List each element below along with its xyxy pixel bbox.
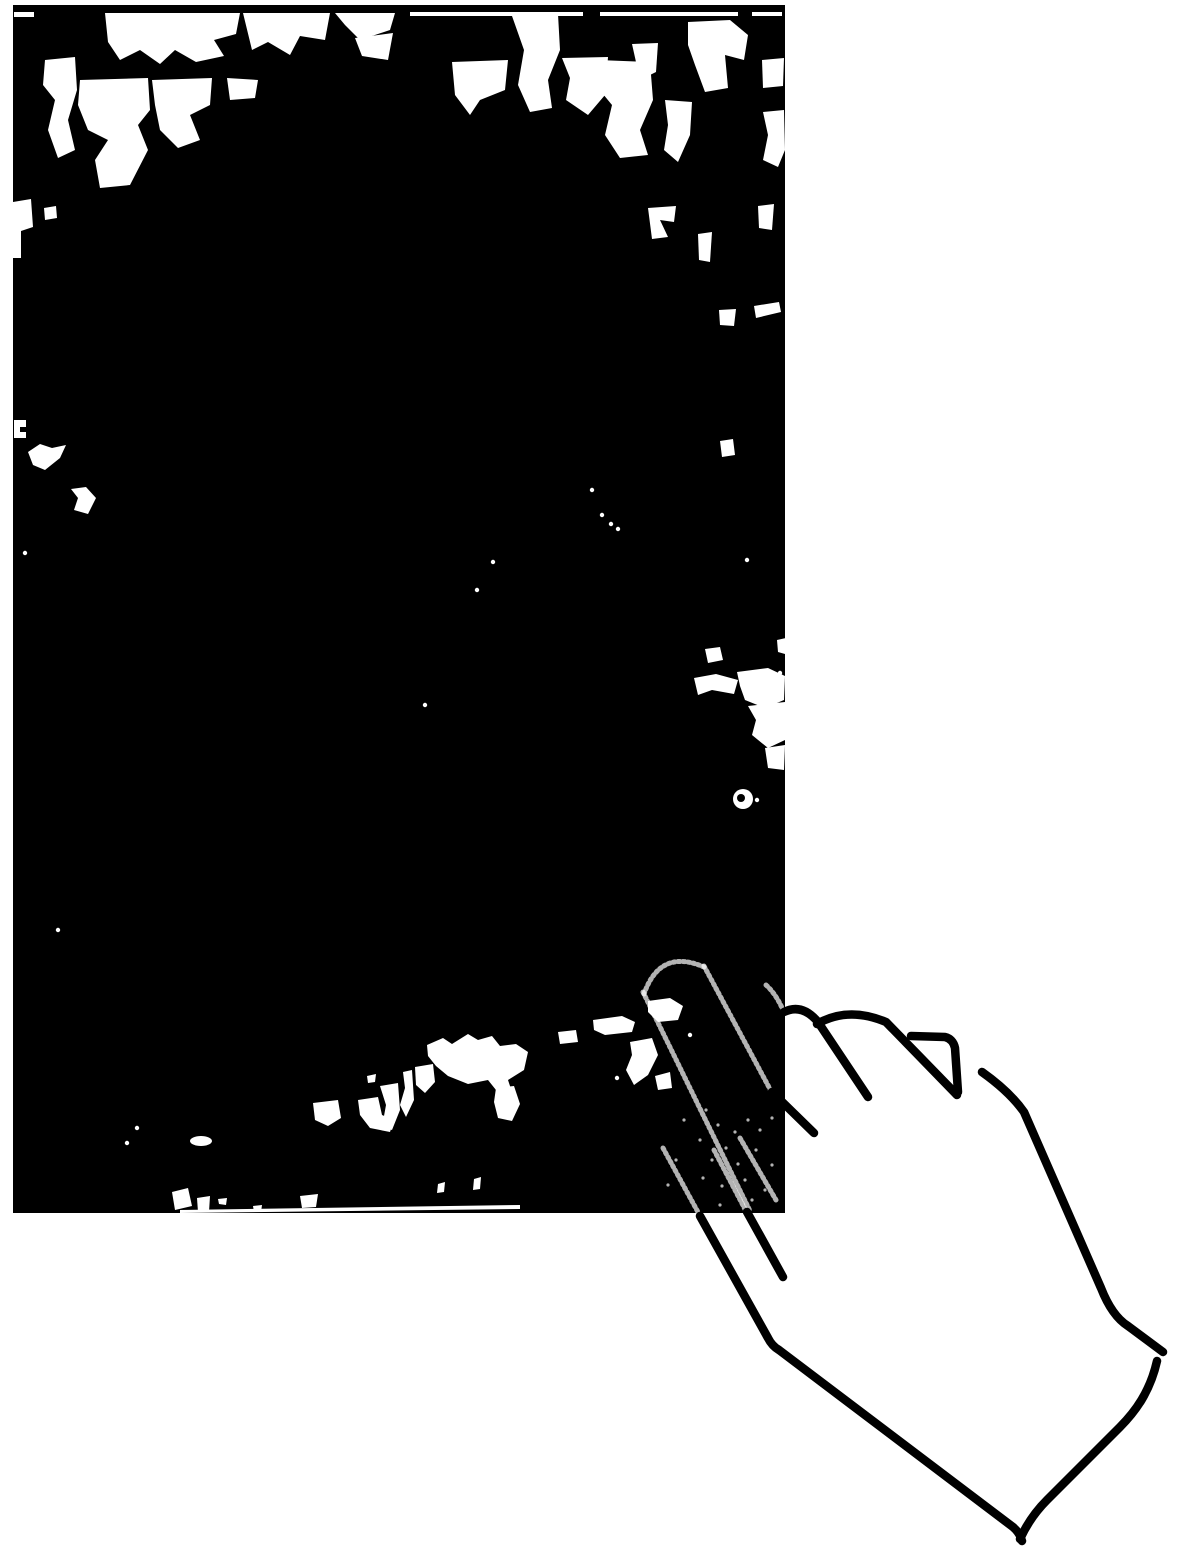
highlight-blob: [698, 232, 712, 262]
dither-dot: [733, 1130, 736, 1133]
dither-dot: [743, 1178, 746, 1181]
highlight-speck: [423, 703, 427, 707]
highlight-blob: [719, 309, 736, 326]
hand-outline: [700, 1009, 1163, 1541]
highlight-speck: [609, 522, 613, 526]
touch-gesture-figure: [0, 0, 1182, 1565]
highlight-blob: [44, 206, 57, 220]
dither-dot: [770, 1116, 773, 1119]
highlight-speck: [491, 560, 495, 564]
highlight-blob: [758, 204, 774, 230]
hand-stroke: [700, 1216, 1022, 1541]
highlight-blob: [14, 12, 34, 17]
dither-dot: [718, 1203, 721, 1206]
highlight-speck: [745, 558, 749, 562]
dither-dot: [710, 1158, 713, 1161]
highlight-blob: [410, 12, 583, 16]
highlight-blob: [300, 1194, 318, 1208]
hand-stroke: [1020, 1361, 1157, 1539]
highlight-blob: [752, 12, 782, 16]
highlight-speck: [56, 928, 60, 932]
dither-dot: [682, 1118, 685, 1121]
highlight-speck: [125, 1141, 129, 1145]
highlight-speck: [475, 588, 479, 592]
dither-dot: [754, 1148, 757, 1151]
highlight-speck: [688, 1033, 692, 1037]
highlight-speck: [135, 1126, 139, 1130]
highlight-blob: [473, 1177, 481, 1190]
highlight-blob: [227, 78, 258, 100]
dither-dot: [724, 1146, 727, 1149]
dither-dot: [701, 1176, 704, 1179]
dither-dot: [716, 1123, 719, 1126]
dither-dot: [770, 1163, 773, 1166]
highlight-speck: [600, 513, 604, 517]
highlight-speck: [23, 551, 27, 555]
highlight-blob: [558, 1030, 578, 1044]
dither-dot: [736, 1162, 739, 1165]
highlight-blob: [218, 1198, 227, 1205]
highlight-blob: [762, 58, 784, 88]
highlight-speck: [778, 671, 782, 675]
dither-dot: [666, 1183, 669, 1186]
dither-dot: [674, 1158, 677, 1161]
dither-dot: [746, 1118, 749, 1121]
dither-dot: [758, 1128, 761, 1131]
figure-page: [0, 0, 1182, 1565]
highlight-speck: [616, 527, 620, 531]
dither-dot: [698, 1138, 701, 1141]
dither-dot: [763, 1188, 766, 1191]
hand-stroke: [982, 1072, 1163, 1352]
highlight-ring-hole: [737, 794, 745, 802]
highlight-blob: [765, 745, 785, 770]
highlight-blob: [777, 638, 786, 654]
highlight-blob: [190, 1136, 212, 1146]
highlight-blob: [720, 439, 735, 457]
photo-image: [13, 5, 785, 1213]
highlight-blob: [600, 12, 738, 16]
highlight-speck: [755, 798, 759, 802]
highlight-speck: [590, 488, 594, 492]
highlight-speck: [615, 1076, 619, 1080]
dither-dot: [720, 1184, 723, 1187]
dither-dot: [704, 1108, 707, 1111]
hand-stroke: [747, 1212, 783, 1277]
dither-dot: [750, 1198, 753, 1201]
